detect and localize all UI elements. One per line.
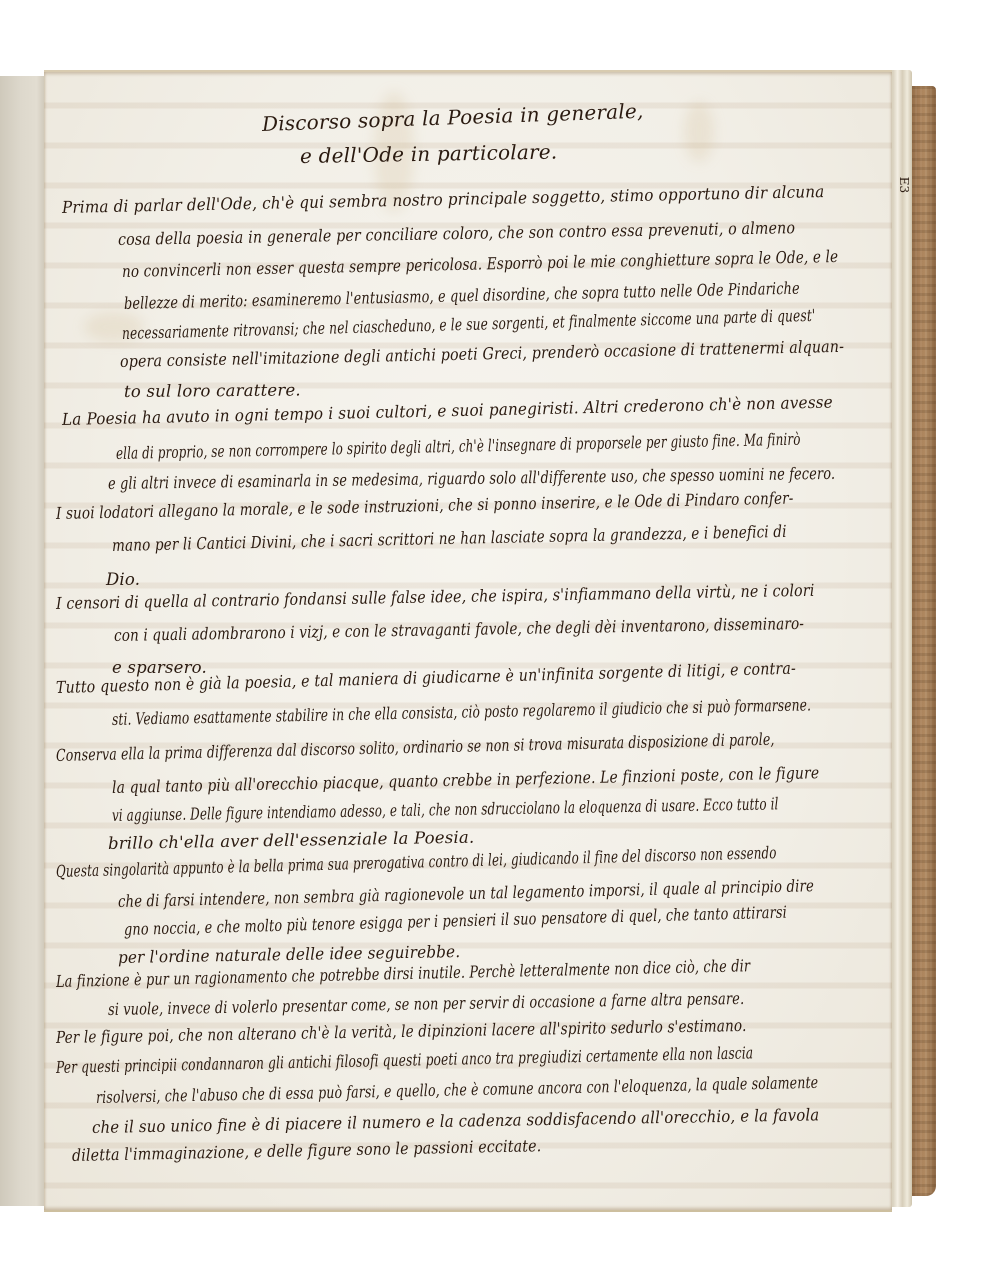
manuscript-title-line-2: e dell'Ode in particolare. [300,142,558,166]
facing-page-edge [0,76,46,1206]
binding-cover-edge [910,86,936,1196]
text-line: Dio. [106,572,140,589]
paper-stain [684,102,714,162]
folio-mark: E3 [897,177,911,193]
photo-stage: E3 Discorso sopra la Poesia in generale,… [0,0,1000,1261]
text-line: to sul loro carattere. [124,382,301,400]
